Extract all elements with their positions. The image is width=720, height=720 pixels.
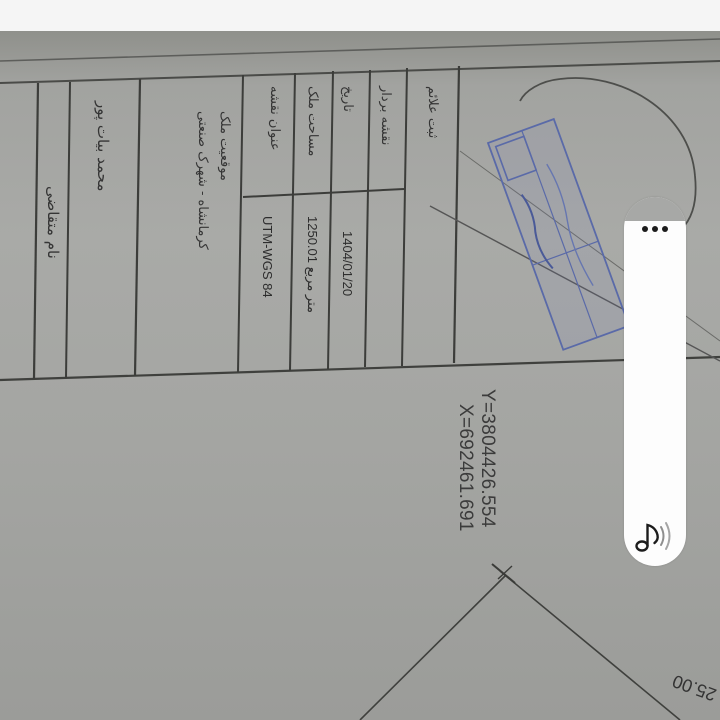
table-value-date: 1404/01/20 <box>340 231 355 296</box>
table-label-location: موقعیت ملک <box>217 111 232 181</box>
coordinate-x: X=692461.691 <box>454 404 476 532</box>
table-value-applicant: نام متقاضی <box>44 186 62 259</box>
coordinate-y: Y=3804426.554 <box>476 389 498 528</box>
music-note-sound-icon[interactable] <box>634 515 676 555</box>
surveyor-stamp <box>488 119 629 350</box>
table-label-surveyor: نقشه بردار <box>378 86 393 145</box>
table-value-area: 1250.01 متر مربع <box>304 216 320 313</box>
document-photo[interactable]: نام متقاضی محمد بیات پور کرمانشاه - شهرک… <box>0 31 720 720</box>
top-status-bar <box>0 0 720 32</box>
table-value-title: UTM-WGS 84 <box>260 216 275 298</box>
table-value-location: کرمانشاه - شهرک صنعتی <box>195 111 210 250</box>
table-label-registry: ثبت علائم <box>425 86 440 138</box>
table-label-area: مساحت ملک <box>305 86 320 156</box>
floating-audio-panel[interactable] <box>624 197 686 566</box>
table-label-date: تاریخ <box>340 86 355 112</box>
table-value-name: محمد بیات پور <box>94 101 112 191</box>
table-label-title: عنوان نقشه <box>267 86 282 150</box>
more-horizontal-icon[interactable] <box>624 221 686 235</box>
